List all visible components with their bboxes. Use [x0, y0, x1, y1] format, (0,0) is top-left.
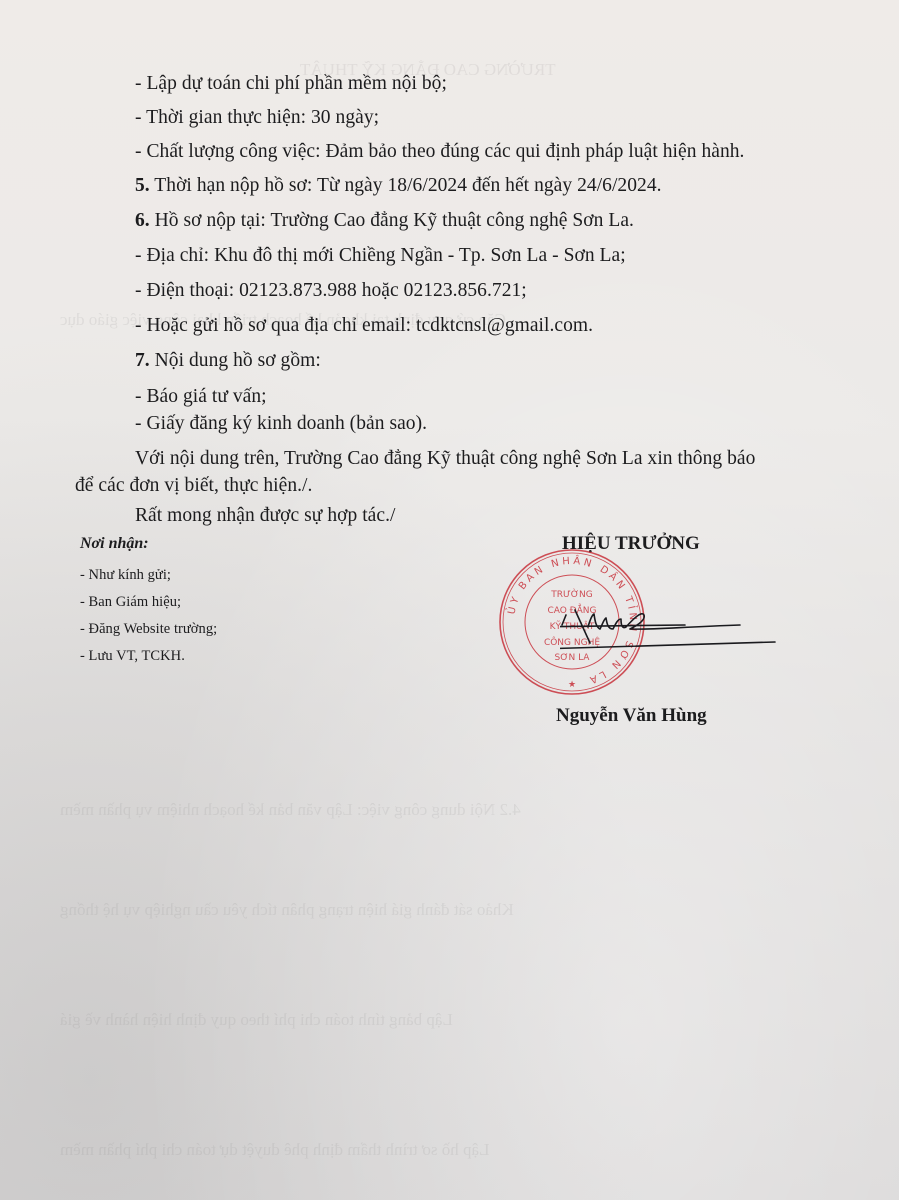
section-text: Hồ sơ nộp tại: Trường Cao đẳng Kỹ thuật … — [150, 210, 634, 231]
closing-paragraph-cont: để các đơn vị biết, thực hiện./. — [75, 475, 312, 497]
show-through-text: Lập bảng tính toán chi phí theo quy định… — [60, 1010, 453, 1030]
closing-thanks: Rất mong nhận được sự hợp tác./ — [135, 505, 395, 527]
section-number: 6. — [135, 210, 150, 231]
recipient-item: - Ban Giám hiệu; — [80, 594, 181, 611]
body-line: - Chất lượng công việc: Đảm bảo theo đún… — [135, 141, 744, 163]
handwritten-signature — [560, 605, 780, 665]
closing-paragraph: Với nội dung trên, Trường Cao đẳng Kỹ th… — [135, 448, 755, 470]
recipients-title: Nơi nhận: — [80, 535, 149, 553]
document-page: TRƯỜNG CAO ĐẲNG KỸ THUẬT Căn cứ quy định… — [0, 0, 899, 1200]
svg-text:TRƯỜNG: TRƯỜNG — [550, 588, 592, 600]
show-through-text: Khảo sát đánh giá hiện trạng phân tích y… — [60, 900, 514, 920]
email-line: - Hoặc gửi hồ sơ qua địa chỉ email: tcdk… — [135, 315, 593, 337]
section-text: Nội dung hồ sơ gồm: — [150, 350, 321, 371]
section-number: 7. — [135, 350, 150, 371]
recipient-item: - Như kính gửi; — [80, 567, 171, 584]
section-5: 5. Thời hạn nộp hồ sơ: Từ ngày 18/6/2024… — [135, 175, 662, 197]
section-text: Thời hạn nộp hồ sơ: Từ ngày 18/6/2024 đế… — [150, 175, 662, 196]
recipient-item: - Đăng Website trường; — [80, 621, 217, 638]
show-through-text: Lập hồ sơ trình thẩm định phê duyệt dự t… — [60, 1140, 489, 1160]
body-line: - Lập dự toán chi phí phần mềm nội bộ; — [135, 73, 447, 95]
section-7: 7. Nội dung hồ sơ gồm: — [135, 350, 321, 372]
signer-name: Nguyễn Văn Hùng — [556, 705, 707, 727]
dossier-item: - Giấy đăng ký kinh doanh (bản sao). — [135, 413, 427, 435]
section-number: 5. — [135, 175, 150, 196]
recipient-item: - Lưu VT, TCKH. — [80, 648, 185, 665]
show-through-text: 4.2 Nội dung công việc: Lập văn bản kế h… — [60, 800, 521, 820]
address-line: - Địa chỉ: Khu đô thị mới Chiềng Ngần - … — [135, 245, 626, 267]
section-6: 6. Hồ sơ nộp tại: Trường Cao đẳng Kỹ thu… — [135, 210, 634, 232]
body-line: - Thời gian thực hiện: 30 ngày; — [135, 107, 379, 129]
dossier-item: - Báo giá tư vấn; — [135, 386, 267, 408]
phone-line: - Điện thoại: 02123.873.988 hoặc 02123.8… — [135, 280, 527, 302]
star-icon: ★ — [568, 679, 576, 689]
